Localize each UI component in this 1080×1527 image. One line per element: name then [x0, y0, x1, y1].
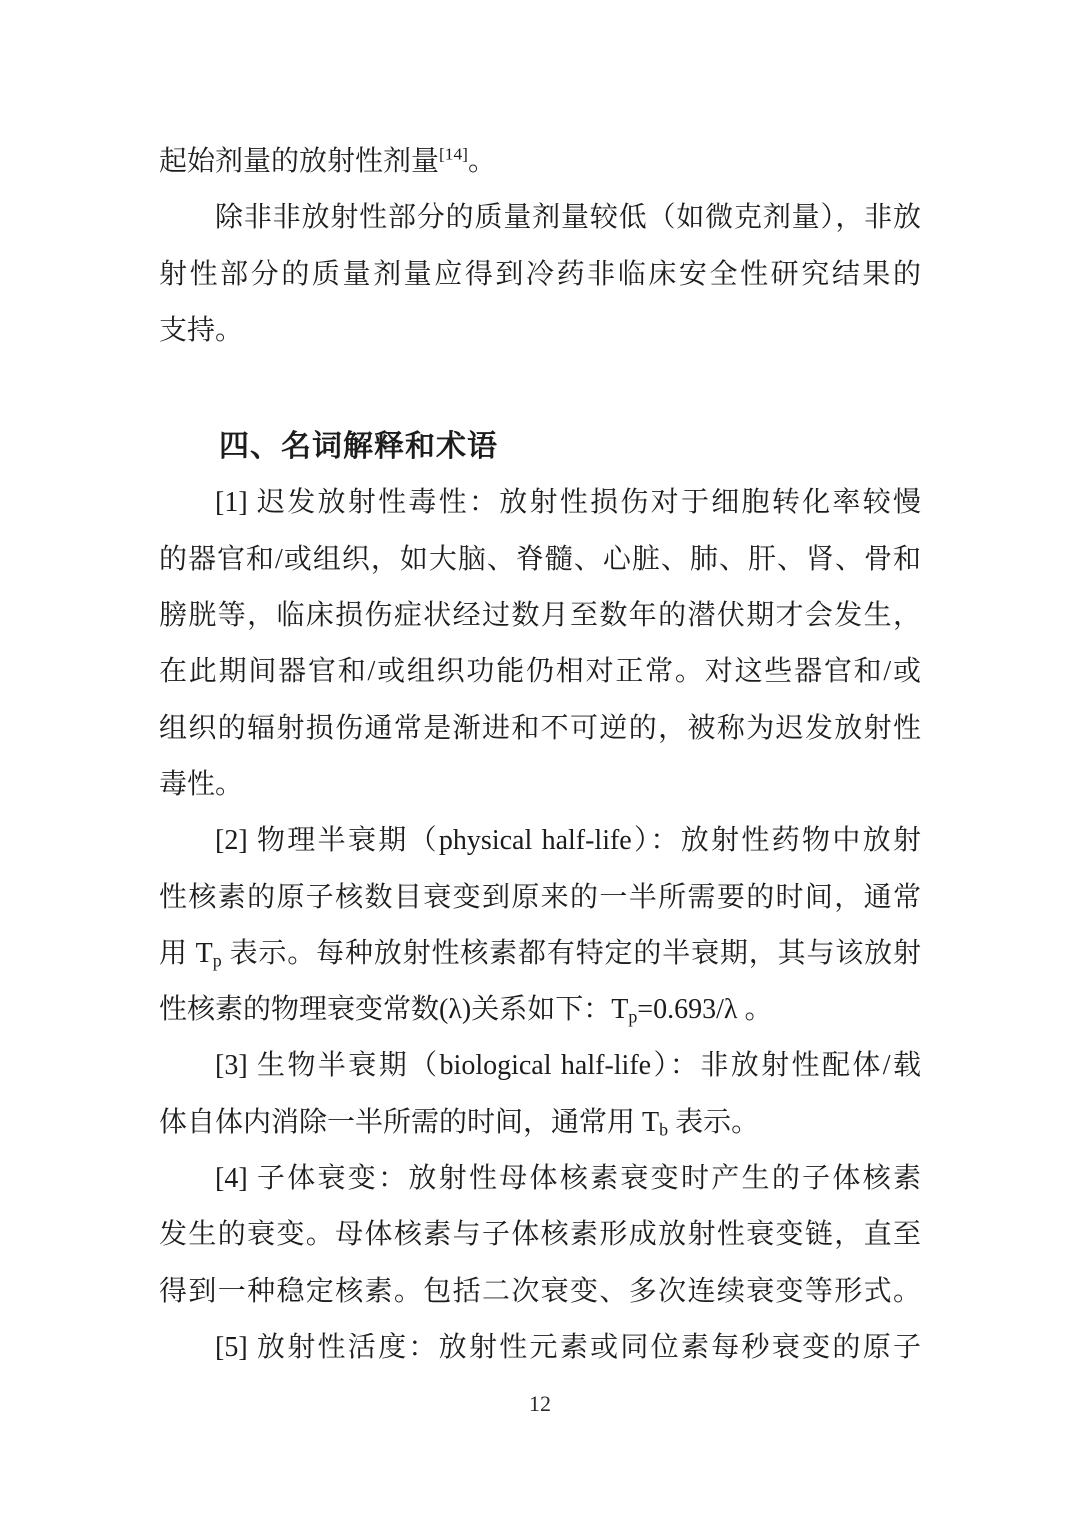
- paragraph-term-4: [4] 子体衰变：放射性母体核素衰变时产生的子体核素 发生的衰变。母体核素与子体…: [159, 1151, 921, 1320]
- document-body: 起始剂量的放射性剂量[14]。 除非非放射性部分的质量剂量较低（如微克剂量），非…: [159, 134, 921, 1376]
- body-text: 表示。: [668, 1107, 759, 1138]
- text-line: 发生的衰变。母体核素与子体核素形成放射性衰变链，直至: [159, 1207, 921, 1263]
- text-line: 组织的辐射损伤通常是渐进和不可逆的，被称为迟发放射性: [159, 701, 921, 757]
- half-life-symbol-subscript: b: [659, 1119, 668, 1139]
- body-text: 。: [468, 146, 496, 177]
- text-line: 用 Tp 表示。每种放射性核素都有特定的半衰期，其与该放射: [159, 926, 921, 982]
- text-line: [4] 子体衰变：放射性母体核素衰变时产生的子体核素: [159, 1151, 921, 1207]
- text-line: 膀胱等，临床损伤症状经过数月至数年的潜伏期才会发生，: [159, 588, 921, 644]
- body-text: 用 T: [159, 938, 213, 969]
- paragraph-term-3: [3] 生物半衰期（biological half-life）：非放射性配体/载…: [159, 1038, 921, 1151]
- paragraph: 起始剂量的放射性剂量[14]。: [159, 134, 921, 190]
- paragraph-term-1: [1] 迟发放射性毒性：放射性损伤对于细胞转化率较慢 的器官和/或组织，如大脑、…: [159, 475, 921, 813]
- body-text: 体自体内消除一半所需的时间，通常用 T: [159, 1107, 659, 1138]
- paragraph-term-5: [5] 放射性活度：放射性元素或同位素每秒衰变的原子: [159, 1320, 921, 1376]
- section-heading: 四、名词解释和术语: [159, 419, 921, 475]
- paragraph-term-2: [2] 物理半衰期（physical half-life）：放射性药物中放射 性…: [159, 813, 921, 1038]
- text-line: 性核素的原子核数目衰变到原来的一半所需要的时间，通常: [159, 870, 921, 926]
- text-line: [1] 迟发放射性毒性：放射性损伤对于细胞转化率较慢: [159, 475, 921, 531]
- text-line: 性核素的物理衰变常数(λ)关系如下：Tp=0.693/λ 。: [159, 982, 921, 1038]
- text-line: 的器官和/或组织，如大脑、脊髓、心脏、肺、肝、肾、骨和: [159, 532, 921, 588]
- formula-text: =0.693/λ 。: [637, 994, 772, 1025]
- document-page: 起始剂量的放射性剂量[14]。 除非非放射性部分的质量剂量较低（如微克剂量），非…: [0, 0, 1080, 1527]
- body-text: 性核素的物理衰变常数(λ)关系如下：T: [159, 994, 628, 1025]
- text-line: 得到一种稳定核素。包括二次衰变、多次连续衰变等形式。: [159, 1264, 921, 1320]
- text-line: 支持。: [159, 303, 921, 359]
- half-life-symbol-subscript: p: [213, 950, 222, 970]
- text-line: [3] 生物半衰期（biological half-life）：非放射性配体/载: [159, 1038, 921, 1094]
- page-number: 12: [0, 1390, 1080, 1418]
- half-life-symbol-subscript: p: [628, 1007, 637, 1027]
- text-line: 体自体内消除一半所需的时间，通常用 Tb 表示。: [159, 1095, 921, 1151]
- paragraph: 除非非放射性部分的质量剂量较低（如微克剂量），非放 射性部分的质量剂量应得到冷药…: [159, 190, 921, 359]
- text-line: 在此期间器官和/或组织功能仍相对正常。对这些器官和/或: [159, 644, 921, 700]
- text-line: 毒性。: [159, 757, 921, 813]
- text-line: 射性部分的质量剂量应得到冷药非临床安全性研究结果的: [159, 247, 921, 303]
- body-text: 起始剂量的放射性剂量: [159, 146, 439, 177]
- citation-reference: [14]: [439, 145, 468, 164]
- text-line: 除非非放射性部分的质量剂量较低（如微克剂量），非放: [159, 190, 921, 246]
- text-line: [5] 放射性活度：放射性元素或同位素每秒衰变的原子: [159, 1320, 921, 1376]
- body-text: 表示。每种放射性核素都有特定的半衰期，其与该放射: [222, 938, 921, 969]
- text-line: [2] 物理半衰期（physical half-life）：放射性药物中放射: [159, 813, 921, 869]
- text-line: 起始剂量的放射性剂量[14]。: [159, 134, 921, 190]
